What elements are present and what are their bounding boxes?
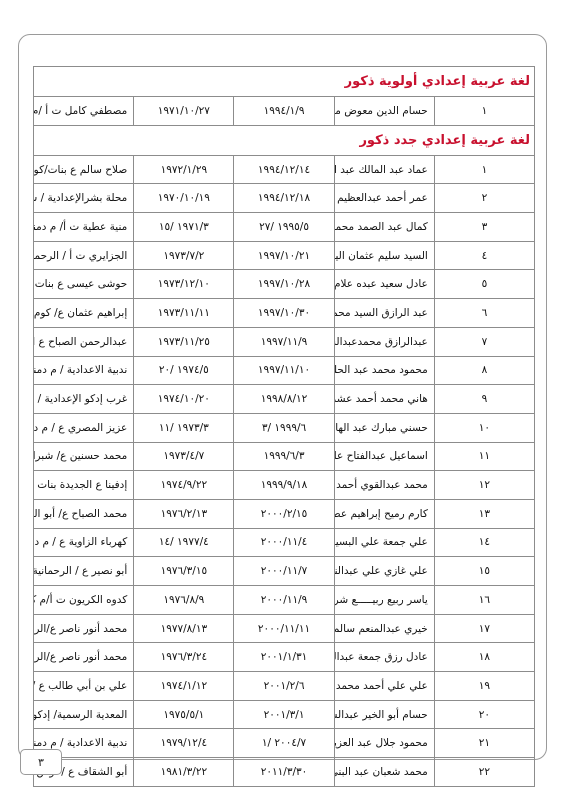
birth-date-cell: ١٩٧٦/٣/١٥	[134, 557, 234, 586]
name-cell: محمد شعبان عبد البني رحومه	[334, 758, 434, 787]
school-cell: محمد الصباح ع/ أبو المطامير	[34, 499, 134, 528]
row-number-cell: ١١	[434, 442, 534, 471]
row-number-cell: ٥	[434, 270, 534, 299]
table-row: ١عماد عبد المالك عبد الحكم خليل١٩٩٤/١٢/١…	[34, 155, 535, 184]
hire-date-cell: ١٩٩٩/٩/١٨	[234, 471, 334, 500]
birth-date-cell: ١٩٧٣/٧/٢	[134, 241, 234, 270]
name-cell: عمر أحمد عبدالعظيم شعت	[334, 184, 434, 213]
row-number-cell: ٢١	[434, 729, 534, 758]
birth-date-cell: ١٩٧٠/١٠/١٩	[134, 184, 234, 213]
row-number-cell: ١٤	[434, 528, 534, 557]
name-cell: ياسر ربيع ربيـــــع شريف	[334, 586, 434, 615]
name-cell: السيد سليم عثمان اليمني	[334, 241, 434, 270]
row-number-cell: ١٨	[434, 643, 534, 672]
row-number-cell: ١٠	[434, 413, 534, 442]
hire-date-cell: ٢٠١١/٣/٣٠	[234, 758, 334, 787]
name-cell: عادل سعيد عبده علام	[334, 270, 434, 299]
table-row: ١١اسماعيل عبدالفتاح علي الطنباري١٩٩٩/٦/٣…	[34, 442, 535, 471]
table-row: ١٣كارم رميح إبراهيم عطية٢٠٠٠/٢/١٥١٩٧٦/٢/…	[34, 499, 535, 528]
row-number-cell: ١٣	[434, 499, 534, 528]
name-cell: عبدالرازق محمدعبدالسيدالقريشي	[334, 327, 434, 356]
table-row: ٢عمر أحمد عبدالعظيم شعت١٩٩٤/١٢/١٨١٩٧٠/١٠…	[34, 184, 535, 213]
name-cell: هاني محمد أحمد عشرة	[334, 385, 434, 414]
table-row: ٤السيد سليم عثمان اليمني١٩٩٧/١٠/٢١١٩٧٣/٧…	[34, 241, 535, 270]
table-row: ١٩علي علي أحمد محمد جاد٢٠٠١/٢/٦١٩٧٤/١/١٢…	[34, 672, 535, 701]
table-row: ٧عبدالرازق محمدعبدالسيدالقريشي١٩٩٧/١١/٩١…	[34, 327, 535, 356]
birth-date-cell: ١٩٧٣/١١/٢٥	[134, 327, 234, 356]
birth-date-cell: ١٩٧٧/٤ /١٤	[134, 528, 234, 557]
table-row: ١٦ياسر ربيع ربيـــــع شريف٢٠٠٠/١١/٩١٩٧٦/…	[34, 586, 535, 615]
name-cell: علي علي أحمد محمد جاد	[334, 672, 434, 701]
section-heading: لغة عربية إعدادي جدد ذكور	[34, 125, 535, 155]
hire-date-cell: ١٩٩٩/٦ /٣	[234, 413, 334, 442]
school-cell: عزيز المصري ع / م دمنهور	[34, 413, 134, 442]
section-heading-row: لغة عربية إعدادي جدد ذكور	[34, 125, 535, 155]
birth-date-cell: ١٩٧٦/٣/٢٤	[134, 643, 234, 672]
row-number-cell: ١	[434, 155, 534, 184]
birth-date-cell: ١٩٧٦/٢/١٣	[134, 499, 234, 528]
hire-date-cell: ٢٠٠١/٢/٦	[234, 672, 334, 701]
name-cell: عبد الرازق السيد محمد البرعي	[334, 299, 434, 328]
table-row: ٥عادل سعيد عبده علام١٩٩٧/١٠/٢٨١٩٧٣/١٢/١٠…	[34, 270, 535, 299]
name-cell: محمد عبدالقوي أحمد عطية	[334, 471, 434, 500]
section-heading-row: لغة عربية إعدادي أولوية ذكور	[34, 67, 535, 97]
row-number-cell: ٢	[434, 184, 534, 213]
name-cell: كارم رميح إبراهيم عطية	[334, 499, 434, 528]
hire-date-cell: ٢٠٠١/١/٣١	[234, 643, 334, 672]
table-row: ١٧خيري عبدالمنعم سالم ناصر٢٠٠٠/١١/١١١٩٧٧…	[34, 614, 535, 643]
hire-date-cell: ١٩٩٤/١٢/١٨	[234, 184, 334, 213]
school-cell: مصطفي كامل ت أ /م دمنهور	[34, 97, 134, 126]
birth-date-cell: ١٩٧٧/٨/١٣	[134, 614, 234, 643]
teachers-list-table: لغة عربية إعدادي أولوية ذكور١حسام الدين …	[33, 66, 535, 787]
table-row: ٢٢محمد شعبان عبد البني رحومه٢٠١١/٣/٣٠١٩٨…	[34, 758, 535, 787]
school-cell: محمد حسنين ع/ شبراخيت	[34, 442, 134, 471]
name-cell: عادل رزق جمعة عبدالرحيم	[334, 643, 434, 672]
hire-date-cell: ١٩٩٤/١/٩	[234, 97, 334, 126]
school-cell: منية عطية ت أ/ م دمنهور	[34, 213, 134, 242]
page-number: ٣	[20, 749, 62, 775]
page-number-label: ٣	[38, 756, 44, 769]
row-number-cell: ١٧	[434, 614, 534, 643]
row-number-cell: ١٢	[434, 471, 534, 500]
table-row: ١٥علي غازي علي عبدالنبي دخيل٢٠٠٠/١١/٧١٩٧…	[34, 557, 535, 586]
school-cell: كدوه الكريون ت أ/م كفرالدوار	[34, 586, 134, 615]
birth-date-cell: ١٩٧٤/١٠/٢٠	[134, 385, 234, 414]
school-cell: كهرباء الزاوية ع / م دمنهور	[34, 528, 134, 557]
hire-date-cell: ٢٠٠٠/١١/١١	[234, 614, 334, 643]
row-number-cell: ٢٠	[434, 700, 534, 729]
birth-date-cell: ١٩٧٤/٩/٢٢	[134, 471, 234, 500]
hire-date-cell: ١٩٩٧/١٠/٢٨	[234, 270, 334, 299]
birth-date-cell: ١٩٧٤/٥ /٢٠	[134, 356, 234, 385]
row-number-cell: ٦	[434, 299, 534, 328]
name-cell: علي غازي علي عبدالنبي دخيل	[334, 557, 434, 586]
hire-date-cell: ١٩٩٧/١٠/٢١	[234, 241, 334, 270]
hire-date-cell: ١٩٩٧/١١/٩	[234, 327, 334, 356]
row-number-cell: ٣	[434, 213, 534, 242]
row-number-cell: ١٥	[434, 557, 534, 586]
table-row: ٢١محمود جلال عبد العزيز محمد٢٠٠٤/٧ /١١٩٧…	[34, 729, 535, 758]
school-cell: ندبية الاعدادية / م دمنهور	[34, 356, 134, 385]
school-cell: غرب إدكو الإعدادية / إدكو	[34, 385, 134, 414]
birth-date-cell: ١٩٧٣/١٢/١٠	[134, 270, 234, 299]
row-number-cell: ٢٢	[434, 758, 534, 787]
school-cell: علي بن أبي طالب ع / التحرير	[34, 672, 134, 701]
school-cell: صلاح سالم ع بنات/كوم حمادة	[34, 155, 134, 184]
name-cell: خيري عبدالمنعم سالم ناصر	[334, 614, 434, 643]
school-cell: محمد أنور ناصر ع/الرحمانية	[34, 614, 134, 643]
hire-date-cell: ١٩٩٧/١١/١٠	[234, 356, 334, 385]
hire-date-cell: ٢٠٠٠/١١/٩	[234, 586, 334, 615]
school-cell: الجزايري ت أ / الرحمانية	[34, 241, 134, 270]
name-cell: كمال عبد الصمد محمد رضوان الخولي	[334, 213, 434, 242]
hire-date-cell: ٢٠٠٠/١١/٧	[234, 557, 334, 586]
birth-date-cell: ١٩٧٥/٥/١	[134, 700, 234, 729]
row-number-cell: ٧	[434, 327, 534, 356]
hire-date-cell: ٢٠٠٤/٧ /١	[234, 729, 334, 758]
school-cell: إبراهيم عثمان ع/ كوم حمادة	[34, 299, 134, 328]
hire-date-cell: ١٩٩٩/٦/٣	[234, 442, 334, 471]
hire-date-cell: ٢٠٠٠/١١/٤	[234, 528, 334, 557]
table-row: ١٠حسني مبارك عبد الهادي الوكيل١٩٩٩/٦ /٣١…	[34, 413, 535, 442]
name-cell: عماد عبد المالك عبد الحكم خليل	[334, 155, 434, 184]
school-cell: حوشى عيسى ع بنات	[34, 270, 134, 299]
birth-date-cell: ١٩٧٣/٣ /١١	[134, 413, 234, 442]
table-row: ١٨عادل رزق جمعة عبدالرحيم٢٠٠١/١/٣١١٩٧٦/٣…	[34, 643, 535, 672]
school-cell: إدفينا ع الجديدة بنات / رشيد	[34, 471, 134, 500]
school-cell: المعدية الرسمية/ إدكو	[34, 700, 134, 729]
row-number-cell: ١٦	[434, 586, 534, 615]
table-row: ٨محمود محمد عبد الحليم حسن يوسف١٩٩٧/١١/١…	[34, 356, 535, 385]
row-number-cell: ١	[434, 97, 534, 126]
hire-date-cell: ١٩٩٧/١٠/٣٠	[234, 299, 334, 328]
birth-date-cell: ١٩٨١/٣/٢٢	[134, 758, 234, 787]
table-row: ١حسام الدين معوض محمد اسماعيل١٩٩٤/١/٩١٩٧…	[34, 97, 535, 126]
hire-date-cell: ٢٠٠١/٣/١	[234, 700, 334, 729]
hire-date-cell: ١٩٩٨/٨/١٢	[234, 385, 334, 414]
name-cell: محمود جلال عبد العزيز محمد	[334, 729, 434, 758]
name-cell: اسماعيل عبدالفتاح علي الطنباري	[334, 442, 434, 471]
school-cell: محلة بشرالإعدادية / شبراخيت	[34, 184, 134, 213]
school-cell: محمد أنور ناصر ع/الرحمانية	[34, 643, 134, 672]
table-row: ٣كمال عبد الصمد محمد رضوان الخولي١٩٩٥/٥ …	[34, 213, 535, 242]
table-row: ١٢محمد عبدالقوي أحمد عطية١٩٩٩/٩/١٨١٩٧٤/٩…	[34, 471, 535, 500]
section-heading: لغة عربية إعدادي أولوية ذكور	[34, 67, 535, 97]
name-cell: حسام أبو الخير عبدالشيخ	[334, 700, 434, 729]
row-number-cell: ١٩	[434, 672, 534, 701]
name-cell: علي جمعة علي البسيوني	[334, 528, 434, 557]
row-number-cell: ٨	[434, 356, 534, 385]
table-row: ٩هاني محمد أحمد عشرة١٩٩٨/٨/١٢١٩٧٤/١٠/٢٠غ…	[34, 385, 535, 414]
birth-date-cell: ١٩٧١/٣ /١٥	[134, 213, 234, 242]
birth-date-cell: ١٩٧٩/١٢/٤	[134, 729, 234, 758]
row-number-cell: ٤	[434, 241, 534, 270]
name-cell: حسني مبارك عبد الهادي الوكيل	[334, 413, 434, 442]
table-row: ٢٠حسام أبو الخير عبدالشيخ٢٠٠١/٣/١١٩٧٥/٥/…	[34, 700, 535, 729]
birth-date-cell: ١٩٧٦/٨/٩	[134, 586, 234, 615]
table-row: ٦عبد الرازق السيد محمد البرعي١٩٩٧/١٠/٣٠١…	[34, 299, 535, 328]
hire-date-cell: ١٩٩٤/١٢/١٤	[234, 155, 334, 184]
hire-date-cell: ٢٠٠٠/٢/١٥	[234, 499, 334, 528]
birth-date-cell: ١٩٧٢/١/٢٩	[134, 155, 234, 184]
row-number-cell: ٩	[434, 385, 534, 414]
name-cell: حسام الدين معوض محمد اسماعيل	[334, 97, 434, 126]
table-row: ١٤علي جمعة علي البسيوني٢٠٠٠/١١/٤١٩٧٧/٤ /…	[34, 528, 535, 557]
birth-date-cell: ١٩٧١/١٠/٢٧	[134, 97, 234, 126]
birth-date-cell: ١٩٧٣/١١/١١	[134, 299, 234, 328]
hire-date-cell: ١٩٩٥/٥ /٢٧	[234, 213, 334, 242]
name-cell: محمود محمد عبد الحليم حسن يوسف	[334, 356, 434, 385]
school-cell: أبو نصير ع / الرحمانية	[34, 557, 134, 586]
birth-date-cell: ١٩٧٣/٤/٧	[134, 442, 234, 471]
birth-date-cell: ١٩٧٤/١/١٢	[134, 672, 234, 701]
school-cell: عبدالرحمن الصباح ع ابوالمطامير	[34, 327, 134, 356]
